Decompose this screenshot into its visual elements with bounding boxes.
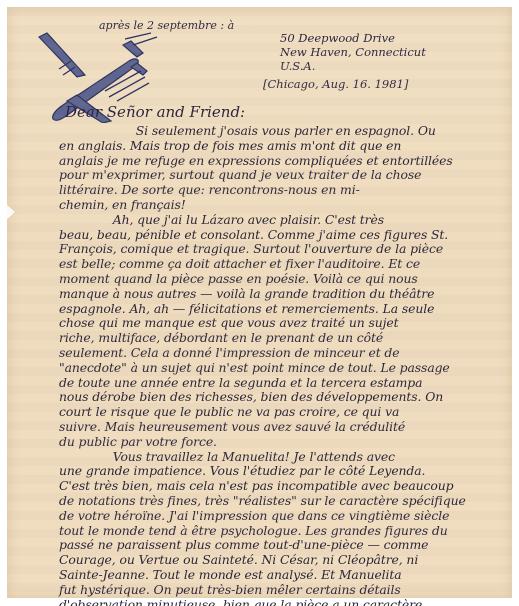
letter-paper: après le 2 septembre : à 50 Deepwood Dri… [7, 7, 512, 598]
greeting: Dear Señor and Friend: [65, 103, 245, 121]
letter-line: Sainte-Jeanne. Tout le monde est analysé… [59, 567, 402, 582]
letter-line: Vous travaillez la Manuelita! Je l'atten… [59, 449, 395, 464]
torn-edge [7, 205, 15, 219]
letter-line: Courage, ou Vertue ou Sainteté. Ni César… [59, 552, 418, 567]
letter-line: passé ne paraissent plus comme tout-d'un… [59, 537, 428, 552]
letter-line: riche, multiface, débordant en le prenan… [59, 330, 383, 345]
letter-line: fut hystérique. On peut très-bien mêler … [59, 582, 401, 597]
letter-line: est belle; comme ça doit attacher et fix… [59, 256, 420, 271]
letter-line: Si seulement j'osais vous parler en espa… [59, 123, 436, 138]
letter-line: du public par votre force. [59, 434, 217, 449]
letter-line: chemin, en français! [59, 197, 186, 212]
letter-line: moment quand la pièce passe en poésie. V… [59, 271, 418, 286]
letter-line: C'est très bien, mais cela n'est pas inc… [59, 478, 453, 493]
address-line-3: U.S.A. [280, 59, 315, 73]
letter-line: court le risque que le public ne va pas … [59, 404, 399, 419]
letter-line: de votre héroïne. J'ai l'impression que … [59, 508, 449, 523]
letter-line: Ah, que j'ai lu Lázaro avec plaisir. C'e… [59, 212, 384, 227]
letter-line: littéraire. De sorte que: rencontrons-no… [59, 182, 360, 197]
letter-line: "anecdote" à un sujet qui n'est point mi… [59, 360, 450, 375]
letter-line: nous dérobe bien des richesses, bien des… [59, 389, 443, 404]
letter-line: de toute une année entre la segunda et l… [59, 375, 422, 390]
address-line-2: New Haven, Connecticut [280, 45, 426, 59]
letter-line: en anglais. Mais trop de fois mes amis m… [59, 138, 401, 153]
letter-line: anglais je me refuge en expressions comp… [59, 153, 453, 168]
letter-line: chose qui me manque est que vous avez tr… [59, 315, 398, 330]
letter-line: beau, beau, pénible et consolant. Comme … [59, 227, 448, 242]
letter-line: d'observation minutieuse, bien que la pi… [59, 597, 422, 606]
letter-line: pour m'exprimer, surtout quand je veux t… [59, 167, 421, 182]
date-annotation: [Chicago, Aug. 16. 1981] [263, 77, 408, 91]
letter-line: espagnole. Ah, ah — félicitations et rem… [59, 301, 434, 316]
letter-line: une grande impatience. Vous l'étudiez pa… [59, 463, 425, 478]
letter-line: de notations très fines, très "réalistes… [59, 493, 466, 508]
address-line-1: 50 Deepwood Drive [280, 31, 395, 45]
letter-line: seulement. Cela a donné l'impression de … [59, 345, 400, 360]
letter-line: tout le monde tend à être psychologue. L… [59, 523, 448, 538]
letter-line: suivre. Mais heureusement vous avez sauv… [59, 419, 405, 434]
letter-line: François, comique et tragique. Surtout l… [59, 241, 443, 256]
letter-line: manque à nous autres — voilà la grande t… [59, 286, 434, 301]
date-line: après le 2 septembre : à [99, 19, 234, 32]
